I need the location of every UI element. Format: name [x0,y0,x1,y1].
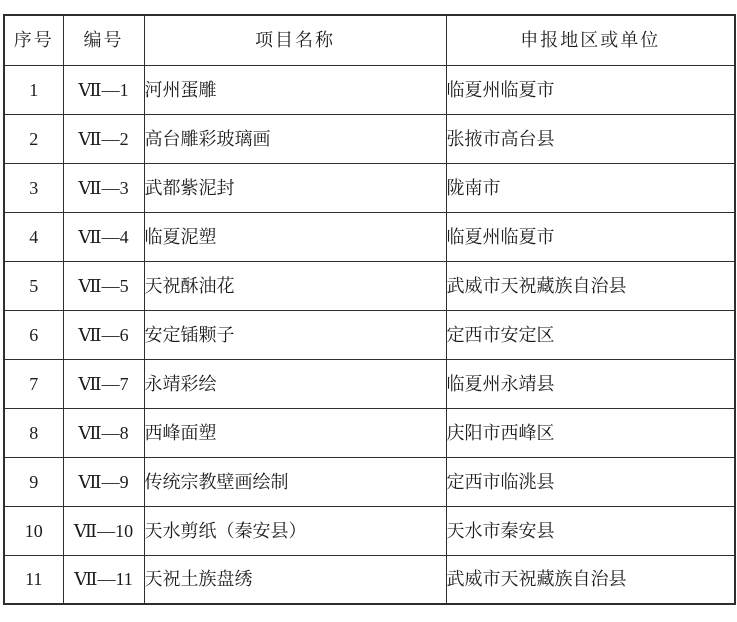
cell-region: 武威市天祝藏族自治县 [446,261,735,310]
table-row: 3 Ⅶ—3 武都紫泥封 陇南市 [4,163,735,212]
cell-region: 武威市天祝藏族自治县 [446,555,735,604]
table-row: 2 Ⅶ—2 高台雕彩玻璃画 张掖市高台县 [4,114,735,163]
cell-serial: 5 [4,261,63,310]
header-project-name: 项目名称 [144,15,446,65]
cell-code: Ⅶ—10 [63,506,144,555]
cell-project-name: 高台雕彩玻璃画 [144,114,446,163]
cell-project-name: 安定锸颗子 [144,310,446,359]
cell-serial: 6 [4,310,63,359]
table-row: 9 Ⅶ—9 传统宗教壁画绘制 定西市临洮县 [4,457,735,506]
cell-region: 临夏州临夏市 [446,212,735,261]
cell-project-name: 天祝酥油花 [144,261,446,310]
cell-project-name: 天祝土族盘绣 [144,555,446,604]
cell-region: 庆阳市西峰区 [446,408,735,457]
cell-region: 陇南市 [446,163,735,212]
cell-serial: 7 [4,359,63,408]
cell-project-name: 永靖彩绘 [144,359,446,408]
table-row: 5 Ⅶ—5 天祝酥油花 武威市天祝藏族自治县 [4,261,735,310]
table-row: 8 Ⅶ—8 西峰面塑 庆阳市西峰区 [4,408,735,457]
cell-serial: 9 [4,457,63,506]
cell-code: Ⅶ—7 [63,359,144,408]
header-row: 序号 编号 项目名称 申报地区或单位 [4,15,735,65]
cell-serial: 4 [4,212,63,261]
header-code: 编号 [63,15,144,65]
table-row: 10 Ⅶ—10 天水剪纸（秦安县） 天水市秦安县 [4,506,735,555]
cell-code: Ⅶ—9 [63,457,144,506]
cell-serial: 11 [4,555,63,604]
cell-region: 临夏州永靖县 [446,359,735,408]
table-row: 6 Ⅶ—6 安定锸颗子 定西市安定区 [4,310,735,359]
table-row: 7 Ⅶ—7 永靖彩绘 临夏州永靖县 [4,359,735,408]
header-region: 申报地区或单位 [446,15,735,65]
cell-project-name: 天水剪纸（秦安县） [144,506,446,555]
cell-project-name: 西峰面塑 [144,408,446,457]
table-row: 1 Ⅶ—1 河州蛋雕 临夏州临夏市 [4,65,735,114]
cell-serial: 3 [4,163,63,212]
header-serial: 序号 [4,15,63,65]
table-row: 11 Ⅶ—11 天祝土族盘绣 武威市天祝藏族自治县 [4,555,735,604]
cell-serial: 10 [4,506,63,555]
cell-serial: 2 [4,114,63,163]
cell-region: 定西市安定区 [446,310,735,359]
cell-code: Ⅶ—6 [63,310,144,359]
cell-region: 临夏州临夏市 [446,65,735,114]
cell-code: Ⅶ—3 [63,163,144,212]
cell-code: Ⅶ—2 [63,114,144,163]
cell-project-name: 河州蛋雕 [144,65,446,114]
cell-region: 天水市秦安县 [446,506,735,555]
cell-project-name: 传统宗教壁画绘制 [144,457,446,506]
heritage-table: 序号 编号 项目名称 申报地区或单位 1 Ⅶ—1 河州蛋雕 临夏州临夏市 2 Ⅶ… [3,14,736,605]
cell-code: Ⅶ—4 [63,212,144,261]
cell-code: Ⅶ—1 [63,65,144,114]
cell-code: Ⅶ—11 [63,555,144,604]
cell-code: Ⅶ—5 [63,261,144,310]
cell-code: Ⅶ—8 [63,408,144,457]
table-row: 4 Ⅶ—4 临夏泥塑 临夏州临夏市 [4,212,735,261]
cell-serial: 8 [4,408,63,457]
cell-region: 张掖市高台县 [446,114,735,163]
cell-project-name: 武都紫泥封 [144,163,446,212]
document-page: 序号 编号 项目名称 申报地区或单位 1 Ⅶ—1 河州蛋雕 临夏州临夏市 2 Ⅶ… [0,0,737,622]
cell-region: 定西市临洮县 [446,457,735,506]
cell-serial: 1 [4,65,63,114]
cell-project-name: 临夏泥塑 [144,212,446,261]
